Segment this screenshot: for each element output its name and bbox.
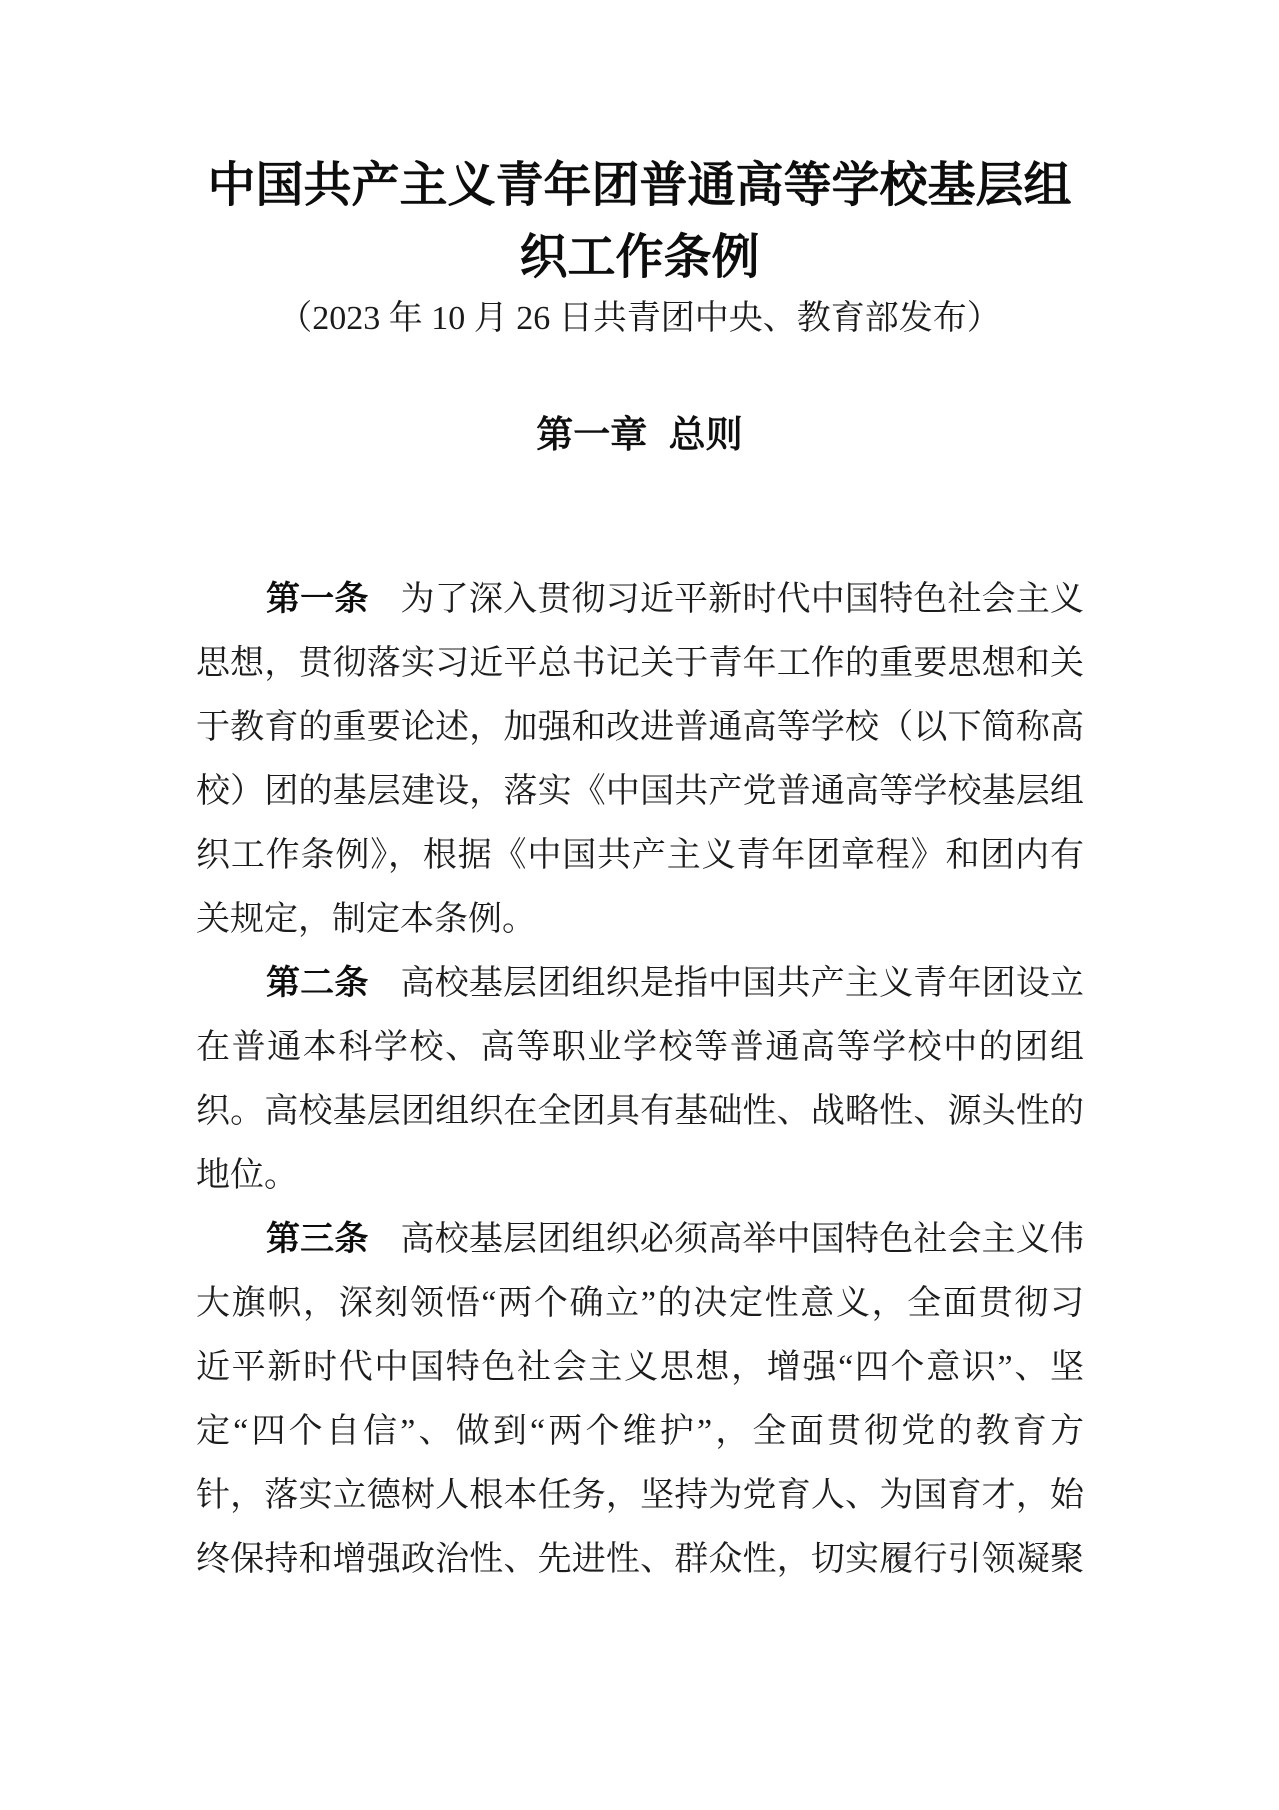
document-title-line-1: 中国共产主义青年团普通高等学校基层组 bbox=[0, 150, 1279, 222]
article-line: 织。高校基层团组织在全团具有基础性、战略性、源头性的 bbox=[196, 1080, 1084, 1144]
article-line: 地位。 bbox=[196, 1144, 1084, 1208]
article-line: 近平新时代中国特色社会主义思想，增强“四个意识”、坚 bbox=[196, 1336, 1084, 1400]
article-number-lead: 第三条 bbox=[266, 1221, 369, 1258]
article-line: 于教育的重要论述，加强和改进普通高等学校（以下简称高 bbox=[196, 696, 1084, 760]
article-line: 第二条高校基层团组织是指中国共产主义青年团设立 bbox=[196, 952, 1084, 1016]
article-number-lead: 第二条 bbox=[266, 965, 369, 1002]
article-line: 织工作条例》，根据《中国共产主义青年团章程》和团内有 bbox=[196, 824, 1084, 888]
document-title-line-2: 织工作条例 bbox=[0, 222, 1279, 294]
article-line: 校）团的基层建设，落实《中国共产党普通高等学校基层组 bbox=[196, 760, 1084, 824]
article-line: 关规定，制定本条例。 bbox=[196, 888, 1084, 952]
document-subtitle: （2023 年 10 月 26 日共青团中央、教育部发布） bbox=[0, 295, 1279, 343]
article-line-text: 高校基层团组织必须高举中国特色社会主义伟 bbox=[401, 1221, 1084, 1258]
article-line-text: 为了深入贯彻习近平新时代中国特色社会主义 bbox=[401, 581, 1084, 618]
article-line: 大旗帜，深刻领悟“两个确立”的决定性意义，全面贯彻习 bbox=[196, 1272, 1084, 1336]
article-line: 在普通本科学校、高等职业学校等普通高等学校中的团组 bbox=[196, 1016, 1084, 1080]
article-list: 第一条为了深入贯彻习近平新时代中国特色社会主义思想，贯彻落实习近平总书记关于青年… bbox=[196, 568, 1084, 1592]
article-line: 第三条高校基层团组织必须高举中国特色社会主义伟 bbox=[196, 1208, 1084, 1272]
article-line: 第一条为了深入贯彻习近平新时代中国特色社会主义 bbox=[196, 568, 1084, 632]
article-line: 思想，贯彻落实习近平总书记关于青年工作的重要思想和关 bbox=[196, 632, 1084, 696]
article-line-text: 高校基层团组织是指中国共产主义青年团设立 bbox=[401, 965, 1084, 1002]
document-page: 中国共产主义青年团普通高等学校基层组 织工作条例 （2023 年 10 月 26… bbox=[0, 0, 1279, 1810]
chapter-heading: 第一章 总则 bbox=[0, 410, 1279, 460]
article-number-lead: 第一条 bbox=[266, 581, 369, 618]
document-title: 中国共产主义青年团普通高等学校基层组 织工作条例 bbox=[0, 150, 1279, 294]
article-line: 定“四个自信”、做到“两个维护”，全面贯彻党的教育方 bbox=[196, 1400, 1084, 1464]
article-line: 终保持和增强政治性、先进性、群众性，切实履行引领凝聚 bbox=[196, 1528, 1084, 1592]
article-line: 针，落实立德树人根本任务，坚持为党育人、为国育才，始 bbox=[196, 1464, 1084, 1528]
